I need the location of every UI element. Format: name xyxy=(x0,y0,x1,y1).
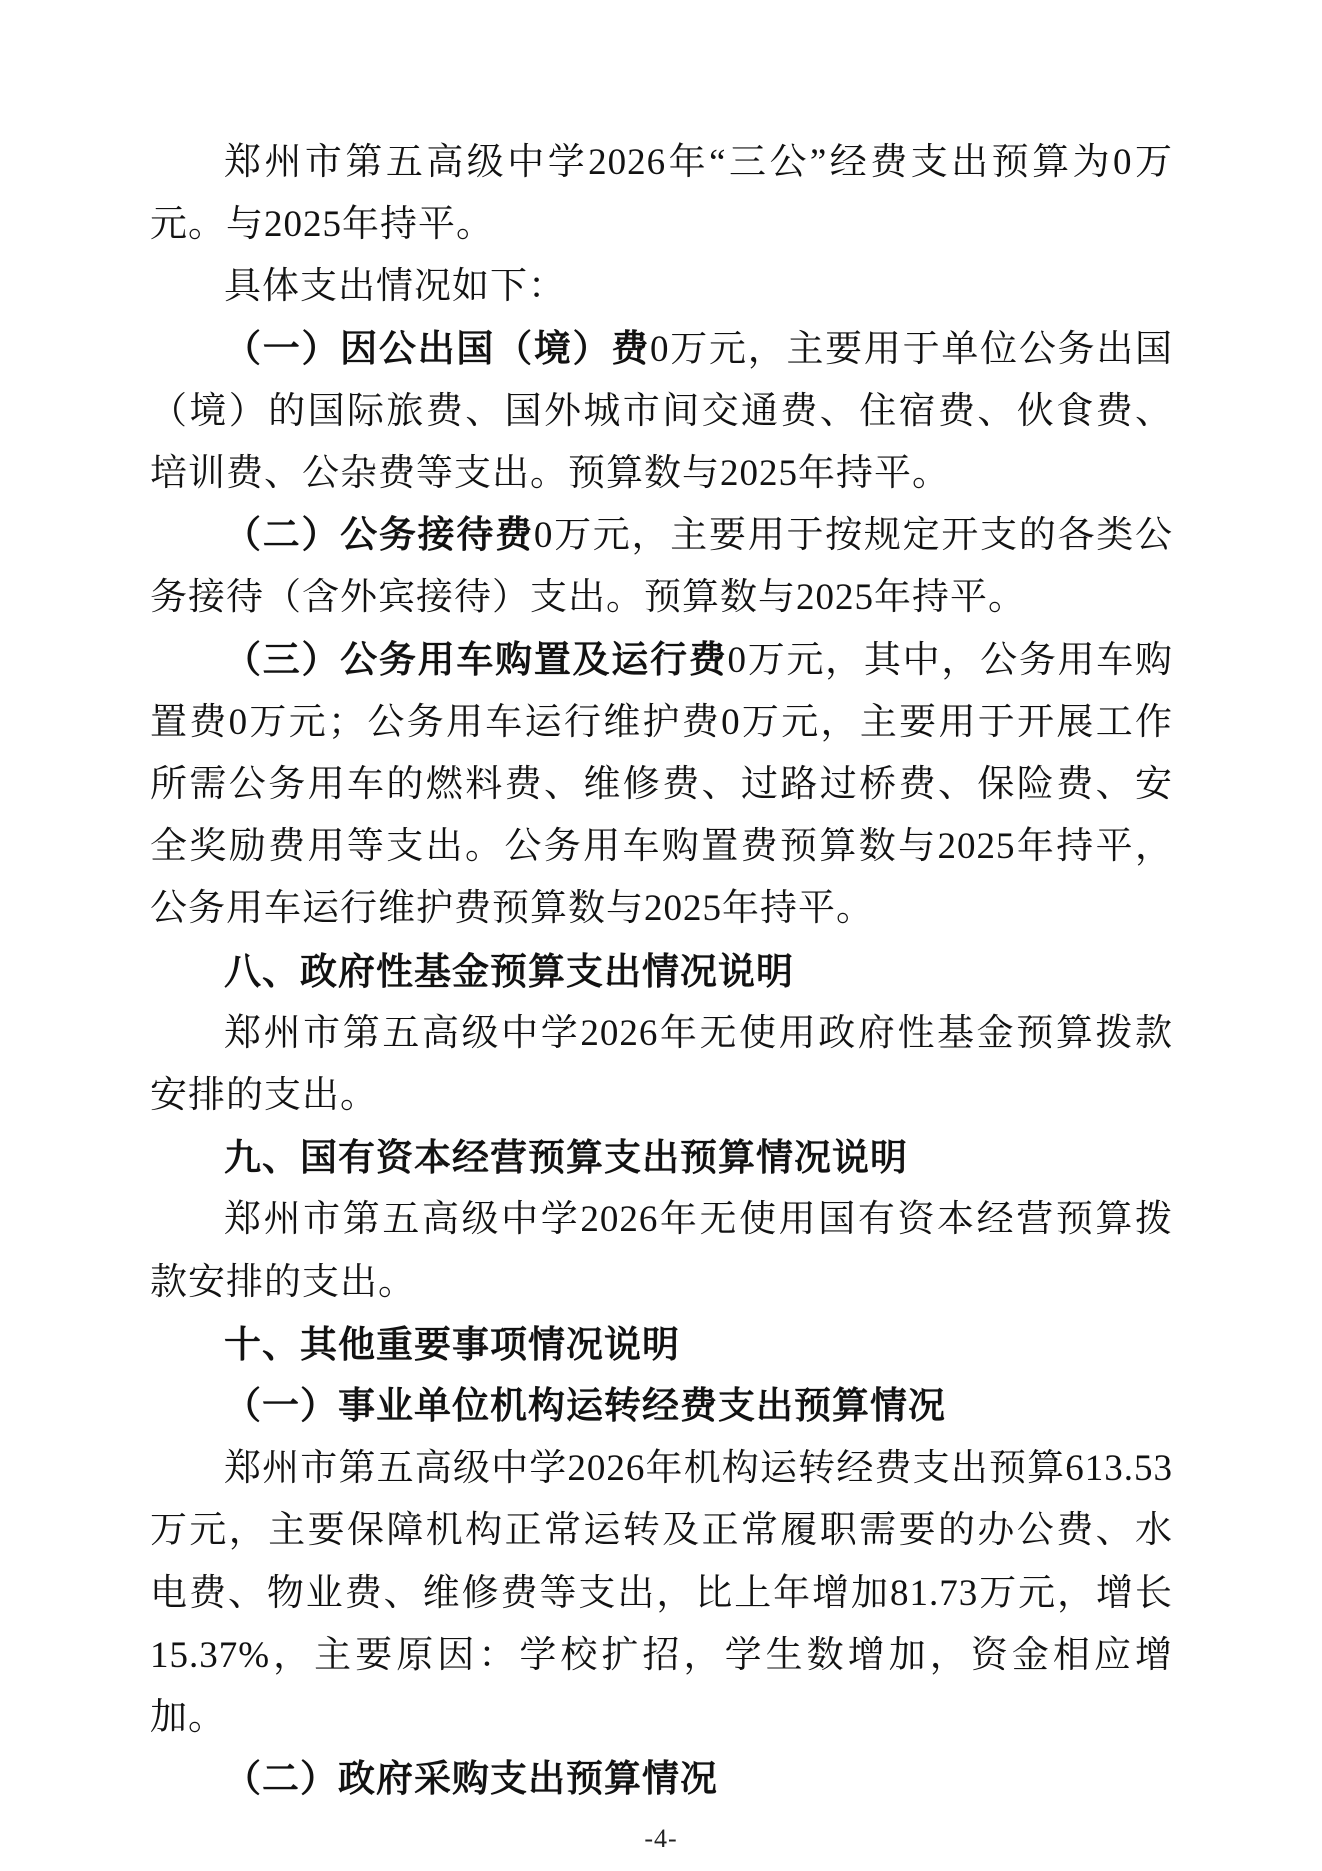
text-run-bold: （二）政府采购支出预算情况 xyxy=(224,1759,718,1800)
paragraph: 郑州市第五高级中学2026年“三公”经费支出预算为0万元。与2025年持平。 xyxy=(150,132,1173,256)
document-body: 郑州市第五高级中学2026年“三公”经费支出预算为0万元。与2025年持平。 具… xyxy=(150,132,1173,1811)
section-heading: 十、其他重要事项情况说明 xyxy=(150,1314,1173,1376)
text-run: 郑州市第五高级中学2026年无使用国有资本经营预算拨款安排的支出。 xyxy=(150,1199,1173,1302)
text-run-bold: （二）公务接待费 xyxy=(224,515,534,556)
text-run: 具体支出情况如下： xyxy=(224,266,566,307)
paragraph: 郑州市第五高级中学2026年无使用政府性基金预算拨款安排的支出。 xyxy=(150,1003,1173,1127)
paragraph: 具体支出情况如下： xyxy=(150,256,1173,318)
section-heading: 八、政府性基金预算支出情况说明 xyxy=(150,941,1173,1003)
text-run: 郑州市第五高级中学2026年机构运转经费支出预算613.53万元，主要保障机构正… xyxy=(150,1448,1173,1738)
subsection-heading: （二）政府采购支出预算情况 xyxy=(150,1749,1173,1811)
paragraph: （二）公务接待费0万元，主要用于按规定开支的各类公务接待（含外宾接待）支出。预算… xyxy=(150,505,1173,629)
section-heading: 九、国有资本经营预算支出预算情况说明 xyxy=(150,1127,1173,1189)
document-page: 郑州市第五高级中学2026年“三公”经费支出预算为0万元。与2025年持平。 具… xyxy=(0,0,1322,1871)
paragraph: 郑州市第五高级中学2026年无使用国有资本经营预算拨款安排的支出。 xyxy=(150,1189,1173,1313)
subsection-heading: （一）事业单位机构运转经费支出预算情况 xyxy=(150,1376,1173,1438)
text-run: 郑州市第五高级中学2026年“三公”经费支出预算为0万元。与2025年持平。 xyxy=(150,142,1173,245)
paragraph: （三）公务用车购置及运行费0万元，其中，公务用车购置费0万元；公务用车运行维护费… xyxy=(150,630,1173,941)
paragraph: 郑州市第五高级中学2026年机构运转经费支出预算613.53万元，主要保障机构正… xyxy=(150,1438,1173,1749)
page-number: -4- xyxy=(0,1824,1322,1854)
text-run: 0万元，其中，公务用车购置费0万元；公务用车运行维护费0万元，主要用于开展工作所… xyxy=(150,640,1173,930)
paragraph: （一）因公出国（境）费0万元，主要用于单位公务出国（境）的国际旅费、国外城市间交… xyxy=(150,319,1173,506)
text-run-bold: 九、国有资本经营预算支出预算情况说明 xyxy=(224,1137,908,1178)
text-run-bold: 十、其他重要事项情况说明 xyxy=(224,1324,680,1365)
text-run-bold: （三）公务用车购置及运行费 xyxy=(224,640,727,681)
text-run-bold: （一）因公出国（境）费 xyxy=(224,329,650,370)
text-run-bold: （一）事业单位机构运转经费支出预算情况 xyxy=(224,1386,946,1427)
text-run: 郑州市第五高级中学2026年无使用政府性基金预算拨款安排的支出。 xyxy=(150,1013,1173,1116)
text-run-bold: 八、政府性基金预算支出情况说明 xyxy=(224,951,794,992)
